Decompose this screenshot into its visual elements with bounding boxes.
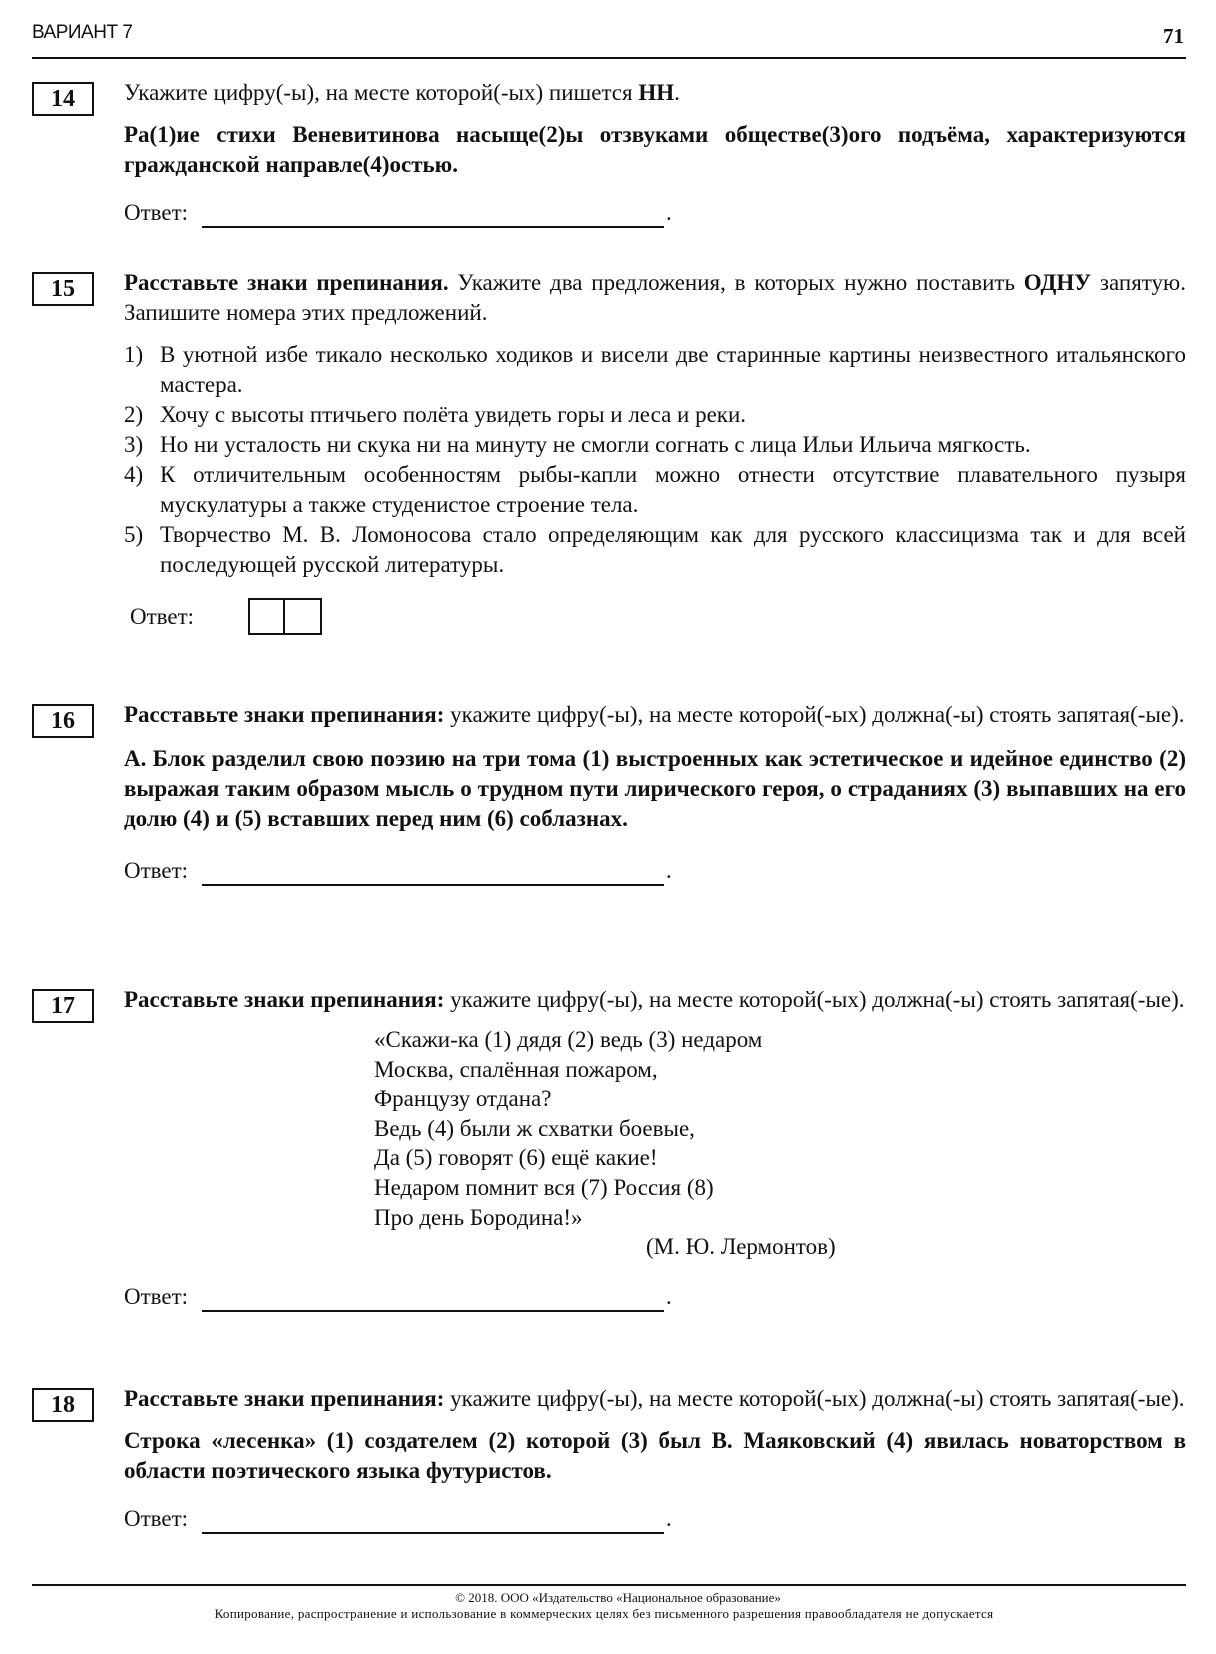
poem-line: Москва, спалённая пожаром, [374,1055,1186,1085]
instruction-text: Укажите цифру(-ы), на месте которой(-ых)… [124,80,638,105]
task-18: 18 Расставьте знаки препинания: укажите … [32,1384,1186,1534]
task-number: 17 [32,989,94,1023]
answer-label: Ответ: [130,602,194,632]
task-passage: Строка «лесенка» (1) создателем (2) кото… [124,1426,1186,1486]
instruction-emphasis: Расставьте знаки препинания: [124,1386,444,1411]
footer-legal-notice: Копирование, распространение и использов… [64,1606,1144,1622]
option-item: 3)Но ни усталость ни скука ни на минуту … [124,430,1186,460]
instruction-emphasis: НН [638,80,674,105]
option-item: 5)Творчество М. В. Ломоносова стало опре… [124,520,1186,580]
answer-period: . [666,198,672,228]
answer-boxes [248,598,322,635]
answer-label: Ответ: [124,198,188,228]
poem-line: Ведь (4) были ж схватки боевые, [374,1114,1186,1144]
answer-input-line[interactable] [202,1288,664,1312]
task-number: 14 [32,82,94,116]
option-text: К отличительным особенностям рыбы-капли … [160,460,1186,520]
footer-copyright: © 2018. ООО «Издательство «Национальное … [0,1590,1216,1606]
instruction-text: укажите цифру(-ы), на месте которой(-ых)… [444,987,1184,1012]
task-number: 18 [32,1388,94,1422]
option-text: В уютной избе тикало несколько ходиков и… [160,340,1186,400]
poem-line: «Скажи-ка (1) дядя (2) ведь (3) недаром [374,1025,1186,1055]
instruction-emphasis: Расставьте знаки препинания: [124,987,444,1012]
answer-label: Ответ: [124,1282,188,1312]
answer-input-line[interactable] [202,1510,664,1534]
poem-line: Недаром помнит вся (7) Россия (8) [374,1173,1186,1203]
task-number: 16 [32,704,94,738]
instruction-emphasis: Расставьте знаки препинания: [124,702,444,727]
task-instruction: Расставьте знаки препинания. Укажите два… [124,268,1186,328]
page-number: 71 [1163,24,1184,49]
instruction-end: . [674,80,680,105]
task-15: 15 Расставьте знаки препинания. Укажите … [32,268,1186,635]
option-number: 1) [124,340,160,400]
poem: «Скажи-ка (1) дядя (2) ведь (3) недаром … [374,1025,1186,1262]
instruction-text: укажите цифру(-ы), на месте которой(-ых)… [444,702,1184,727]
variant-title: ВАРИАНТ 7 [32,22,132,44]
task-14: 14 Укажите цифру(-ы), на месте которой(-… [32,78,1186,228]
task-passage: Ра(1)ие стихи Веневитинова насыще(2)ы от… [124,120,1186,180]
answer-period: . [666,1282,672,1312]
instruction-text: укажите цифру(-ы), на месте которой(-ых)… [444,1386,1184,1411]
answer-input-line[interactable] [202,862,664,886]
option-number: 2) [124,400,160,430]
task-instruction: Расставьте знаки препинания: укажите циф… [124,700,1186,730]
task-passage: А. Блок разделил свою поэзию на три тома… [124,744,1186,834]
poem-author: (М. Ю. Лермонтов) [646,1232,1186,1262]
instruction-text: Укажите два предложения, в которых нужно… [449,270,1024,295]
task-instruction: Расставьте знаки препинания: укажите циф… [124,985,1186,1015]
answer-row: Ответ: . [124,1282,1186,1312]
header-divider [32,57,1186,59]
answer-row: Ответ: . [124,1504,1186,1534]
answer-period: . [666,856,672,886]
option-number: 4) [124,460,160,520]
answer-box-2[interactable] [285,598,322,635]
option-item: 4)К отличительным особенностям рыбы-капл… [124,460,1186,520]
option-number: 5) [124,520,160,580]
answer-row: Ответ: . [124,198,1186,228]
option-item: 2)Хочу с высоты птичьего полёта увидеть … [124,400,1186,430]
task-17: 17 Расставьте знаки препинания: укажите … [32,985,1186,1312]
answer-input-line[interactable] [202,204,664,228]
options-list: 1)В уютной избе тикало несколько ходиков… [124,340,1186,580]
task-instruction: Укажите цифру(-ы), на месте которой(-ых)… [124,78,1186,108]
instruction-emphasis: ОДНУ [1024,270,1091,295]
answer-label: Ответ: [124,856,188,886]
task-16: 16 Расставьте знаки препинания: укажите … [32,700,1186,886]
answer-row: Ответ: . [124,856,1186,886]
option-item: 1)В уютной избе тикало несколько ходиков… [124,340,1186,400]
poem-line: Да (5) говорят (6) ещё какие! [374,1143,1186,1173]
answer-box-1[interactable] [248,598,285,635]
task-number: 15 [32,272,94,306]
answer-row: Ответ: [130,598,1186,635]
poem-line: Про день Бородина!» [374,1203,1186,1233]
answer-label: Ответ: [124,1504,188,1534]
task-instruction: Расставьте знаки препинания: укажите циф… [124,1384,1186,1414]
answer-period: . [666,1504,672,1534]
instruction-emphasis: Расставьте знаки препинания. [124,270,449,295]
option-text: Но ни усталость ни скука ни на минуту не… [160,430,1186,460]
option-text: Хочу с высоты птичьего полёта увидеть го… [160,400,1186,430]
poem-line: Французу отдана? [374,1084,1186,1114]
footer-divider [32,1584,1186,1586]
option-text: Творчество М. В. Ломоносова стало опреде… [160,520,1186,580]
option-number: 3) [124,430,160,460]
